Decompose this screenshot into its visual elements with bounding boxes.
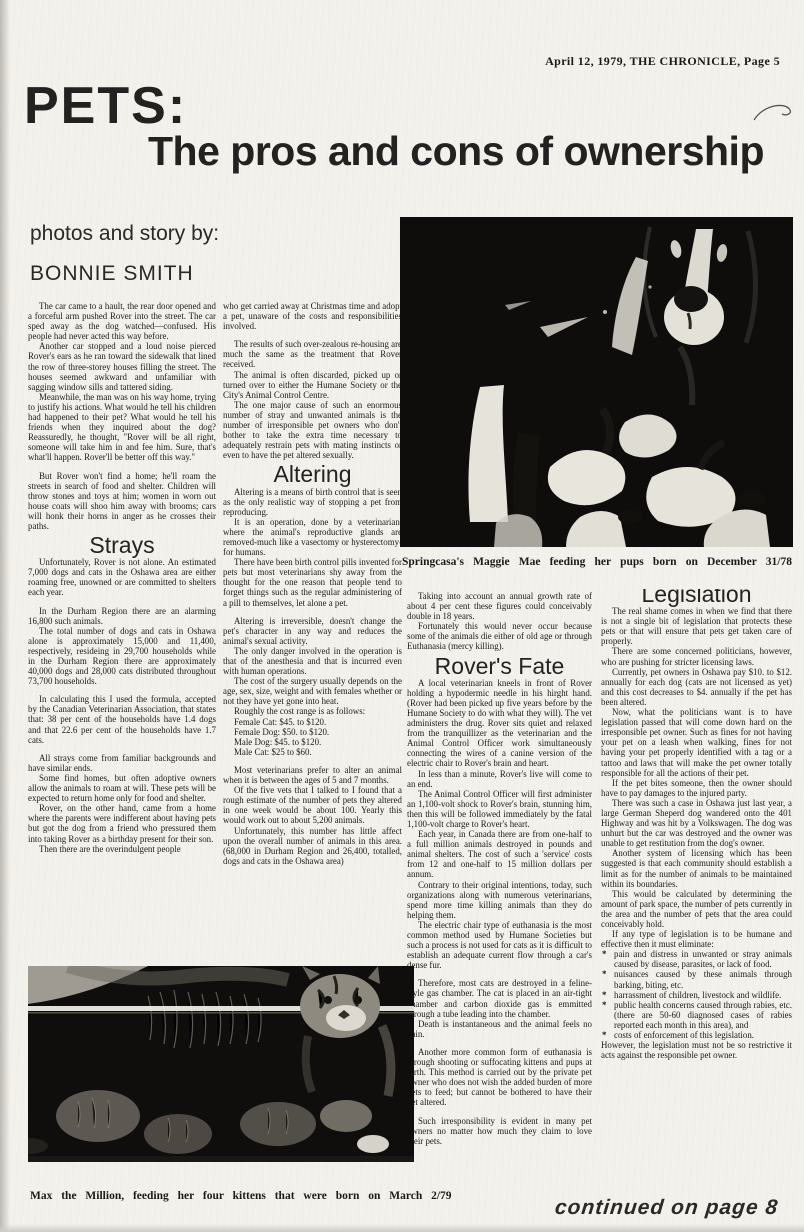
article-column-1: The car came to a hault, the rear door o… bbox=[28, 301, 216, 961]
body-paragraph: Another system of licensing which has be… bbox=[601, 848, 792, 888]
body-paragraph: The only danger involved in the operatio… bbox=[223, 646, 402, 676]
cat-with-kittens-photo bbox=[28, 966, 414, 1162]
body-paragraph: The cost of the surgery usually depends … bbox=[223, 676, 402, 706]
section-heading-strays: Strays bbox=[28, 540, 216, 550]
byline-author: BONNIE SMITH bbox=[30, 262, 194, 286]
body-paragraph: Currently, pet owners in Oshawa pay $10.… bbox=[601, 667, 792, 707]
body-paragraph: In the Durham Region there are an alarmi… bbox=[28, 606, 216, 626]
body-paragraph: The electric chair type of euthanasia is… bbox=[407, 920, 592, 970]
body-paragraph: The car came to a hault, the rear door o… bbox=[28, 301, 216, 341]
section-heading-rovers-fate: Rover's Fate bbox=[407, 661, 592, 671]
dog-photo-caption: Springcasa's Maggie Mae feeding her pups… bbox=[402, 556, 792, 580]
bullet-text: pain and distress in unwanted or stray a… bbox=[614, 949, 792, 969]
bullet-text: costs of enforcement of this legislation… bbox=[614, 1030, 754, 1040]
bullet-item: *pain and distress in unwanted or stray … bbox=[601, 949, 792, 969]
body-paragraph: There have been birth control pills inve… bbox=[223, 557, 402, 607]
article-column-4: Legislation The real shame comes in when… bbox=[601, 589, 792, 1191]
paper-bottom-edge bbox=[0, 1224, 804, 1232]
body-paragraph: The animal is often discarded, picked up… bbox=[223, 370, 402, 400]
bullet-item: *public health concerns caused through r… bbox=[601, 1000, 792, 1030]
body-paragraph: Altering is a means of birth control tha… bbox=[223, 487, 402, 517]
cat-photo-illustration bbox=[28, 966, 414, 1162]
body-paragraph: Some find homes, but often adoptive owne… bbox=[28, 773, 216, 803]
article-column-2: who get carried away at Christmas time a… bbox=[223, 301, 402, 965]
headline-kicker: PETS: bbox=[24, 76, 187, 136]
body-paragraph: It is an operation, done by a veterinari… bbox=[223, 517, 402, 557]
body-paragraph: But Rover won't find a home; he'll roam … bbox=[28, 471, 216, 532]
body-paragraph: Taking into account an annual growth rat… bbox=[407, 591, 592, 621]
bullet-item: *nuisances caused by these animals throu… bbox=[601, 969, 792, 989]
body-paragraph: Each year, in Canada there are from one-… bbox=[407, 829, 592, 879]
article-column-3: Taking into account an annual growth rat… bbox=[407, 591, 592, 1209]
body-paragraph: If the pet bites someone, then the owner… bbox=[601, 778, 792, 798]
asterisk-bullet: * bbox=[602, 969, 606, 979]
section-heading-altering: Altering bbox=[223, 469, 402, 479]
body-paragraph: Most veterinarians prefer to alter an an… bbox=[223, 765, 402, 785]
body-paragraph: If any type of legislation is to be huma… bbox=[601, 929, 792, 949]
price-line: Female Cat: $45. to $120. bbox=[223, 717, 402, 727]
bullet-text: harrassment of children, livestock and w… bbox=[614, 990, 781, 1000]
body-paragraph: The one major cause of such an enormous … bbox=[223, 400, 402, 461]
asterisk-bullet: * bbox=[602, 1030, 606, 1040]
byline-label: photos and story by: bbox=[30, 222, 219, 246]
price-line: Female Dog: $50. to $120. bbox=[223, 727, 402, 737]
continued-note: continued on page 8 bbox=[554, 1196, 780, 1220]
body-paragraph: The Animal Control Officer will first ad… bbox=[407, 789, 592, 829]
body-paragraph: Now, what the politicians want is to hav… bbox=[601, 707, 792, 778]
dog-with-pups-photo bbox=[400, 217, 793, 547]
body-paragraph: A local veterinarian kneels in front of … bbox=[407, 678, 592, 769]
body-paragraph: However, the legislation must not be so … bbox=[601, 1040, 792, 1060]
body-paragraph: Contrary to their original intentions, t… bbox=[407, 880, 592, 920]
page-dateline: April 12, 1979, THE CHRONICLE, Page 5 bbox=[545, 54, 780, 69]
body-paragraph: All strays come from familiar background… bbox=[28, 753, 216, 773]
body-paragraph: Of the five vets that I talked to I foun… bbox=[223, 785, 402, 825]
asterisk-bullet: * bbox=[602, 990, 606, 1000]
body-paragraph: Therefore, most cats are destroyed in a … bbox=[407, 978, 592, 1018]
body-paragraph: In calculating this I used the formula, … bbox=[28, 694, 216, 744]
body-paragraph: There was such a case in Oshawa just las… bbox=[601, 798, 792, 848]
section-heading-legislation: Legislation bbox=[601, 589, 792, 599]
body-paragraph: Such irresponsibility is evident in many… bbox=[407, 1116, 592, 1146]
bullet-item: *harrassment of children, livestock and … bbox=[601, 990, 792, 1000]
body-paragraph: Fortunately this would never occur becau… bbox=[407, 621, 592, 651]
newspaper-page: April 12, 1979, THE CHRONICLE, Page 5 PE… bbox=[0, 0, 804, 1232]
headline-title: The pros and cons of ownership bbox=[148, 128, 764, 175]
asterisk-bullet: * bbox=[602, 1000, 606, 1010]
body-paragraph: Roughly the cost range is as follows: bbox=[223, 706, 402, 716]
body-paragraph: There are some concerned politicians, ho… bbox=[601, 646, 792, 666]
body-paragraph: Death is instantaneous and the animal fe… bbox=[407, 1019, 592, 1039]
price-line: Male Dog: $45. to $120. bbox=[223, 737, 402, 747]
bullet-text: public health concerns caused through ra… bbox=[614, 1000, 792, 1030]
body-paragraph: In less than a minute, Rover's live will… bbox=[407, 769, 592, 789]
body-paragraph: Unfortunately, Rover is not alone. An es… bbox=[28, 557, 216, 597]
body-paragraph: Another car stopped and a loud noise pie… bbox=[28, 341, 216, 391]
body-paragraph: who get carried away at Christmas time a… bbox=[223, 301, 402, 331]
bullet-item: *costs of enforcement of this legislatio… bbox=[601, 1030, 792, 1040]
body-paragraph: Altering is irreversible, doesn't change… bbox=[223, 616, 402, 646]
body-paragraph: This would be calculated by determining … bbox=[601, 889, 792, 929]
cat-photo-caption: Max the Million, feeding her four kitten… bbox=[30, 1190, 590, 1214]
body-paragraph: Rover, on the other hand, came from a ho… bbox=[28, 803, 216, 843]
body-paragraph: The real shame comes in when we find tha… bbox=[601, 606, 792, 646]
bullet-text: nuisances caused by these animals throug… bbox=[614, 969, 792, 989]
body-paragraph: Unfortunately, this number has little af… bbox=[223, 826, 402, 866]
price-line: Male Cat: $25 to $60. bbox=[223, 747, 402, 757]
body-paragraph: The results of such over-zealous re-hous… bbox=[223, 339, 402, 369]
asterisk-bullet: * bbox=[602, 949, 606, 959]
body-paragraph: Meanwhile, the man was on his way home, … bbox=[28, 392, 216, 463]
dog-photo-illustration bbox=[400, 217, 793, 547]
pen-mark-squiggle bbox=[752, 100, 794, 126]
paper-left-edge bbox=[0, 0, 10, 1232]
body-paragraph: Another more common form of euthanasia i… bbox=[407, 1047, 592, 1108]
body-paragraph: Then there are the overindulgent people bbox=[28, 844, 216, 854]
body-paragraph: The total number of dogs and cats in Osh… bbox=[28, 626, 216, 687]
